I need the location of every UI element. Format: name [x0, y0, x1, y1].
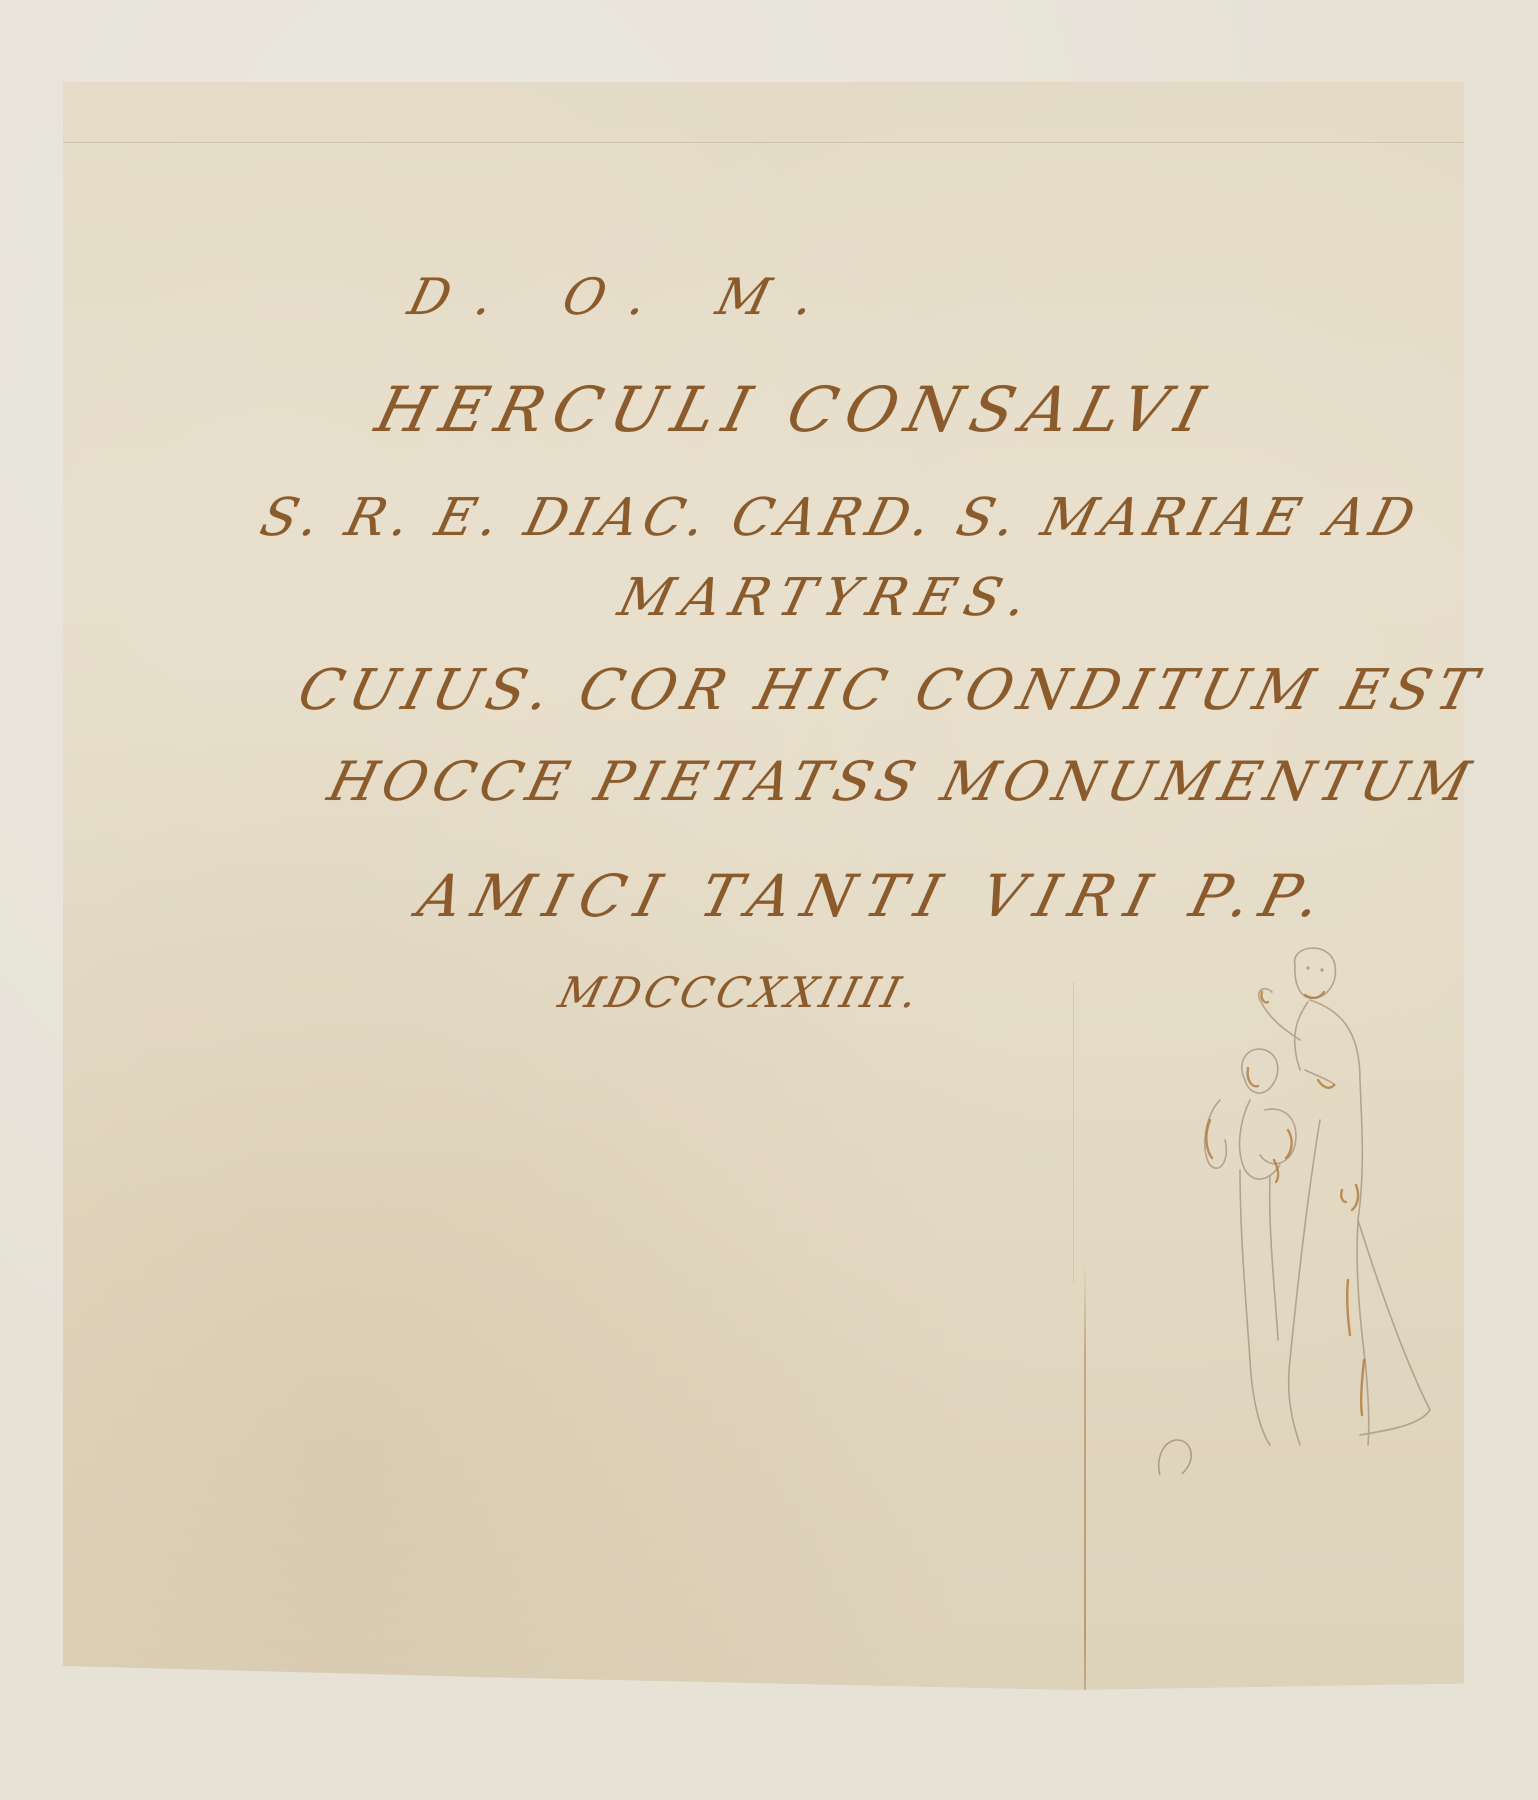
inscription-line-martyres: MARTYRES.	[613, 568, 1043, 628]
inscription-line-dom: D. O. M.	[403, 268, 848, 326]
inscription-line-name: HERCULI CONSALVI	[369, 373, 1221, 446]
inscription-text: D. O. M. HERCULI CONSALVI S. R. E. DIAC.…	[0, 0, 1538, 1800]
inscription-line-cuius: CUIUS. COR HIC CONDITUM EST	[292, 658, 1490, 723]
inscription-line-monumentum: HOCCE PIETATSS MONUMENTUM	[322, 750, 1482, 813]
inscription-line-amici: AMICI TANTI VIRI P.P.	[412, 862, 1340, 930]
ink-loop-mark-icon	[1150, 1430, 1200, 1480]
figure-sketch-icon	[1190, 940, 1470, 1460]
inscription-line-date: MDCCCXXIIII.	[554, 968, 927, 1017]
inscription-line-title: S. R. E. DIAC. CARD. S. MARIAE AD	[255, 488, 1427, 548]
